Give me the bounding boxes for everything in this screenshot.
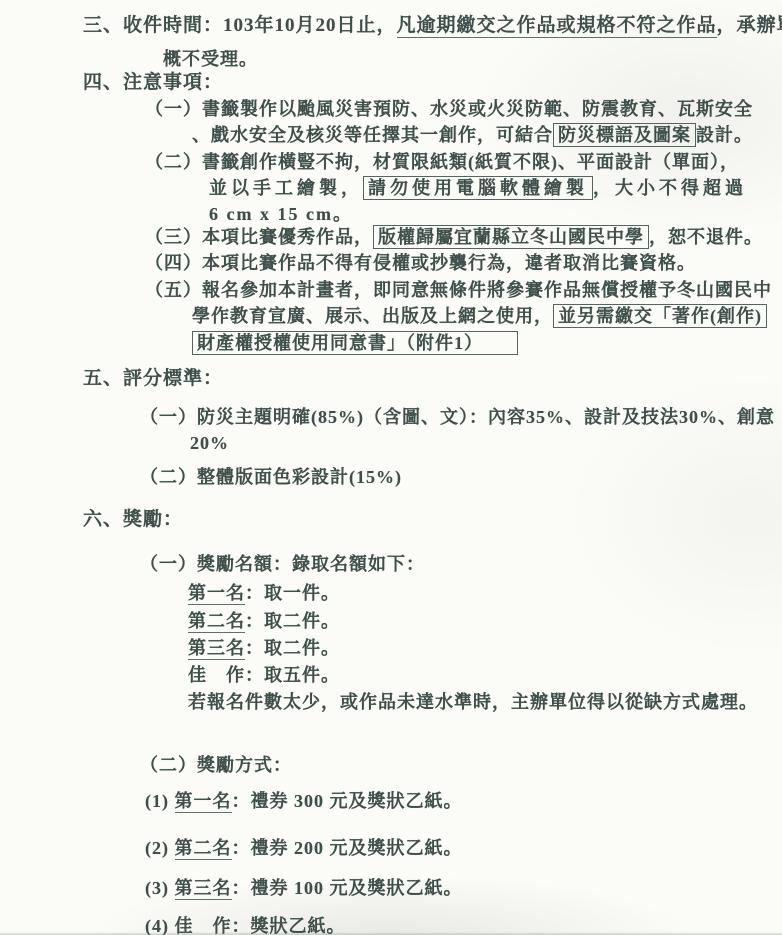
- note-5-line-3: 財產權授權使用同意書」（附件1）: [192, 330, 518, 356]
- text-segment: ：取二件。: [245, 638, 340, 658]
- award-method-2: (2) 第二名：禮券 200 元及獎狀乙紙。: [145, 835, 463, 861]
- note-5-line-1: （五）報名參加本計畫者，即同意無條件將參賽作品無償授權予冬山國民中: [145, 277, 772, 303]
- text-segment: （五）報名參加本計畫者，即同意無條件將參賽作品無償授權予冬山國民中: [145, 280, 772, 300]
- text-segment: (1): [145, 791, 175, 811]
- text-segment: （三）本項比賽優秀作品，: [145, 227, 373, 247]
- note-1-line-1: （一）書籤製作以颱風災害預防、水災或火災防範、防震教育、瓦斯安全: [145, 96, 753, 122]
- note-2-line-2: 並以手工繪製，請勿使用電腦軟體繪製，大小不得超過: [209, 175, 747, 201]
- underlined-text: 第一名: [188, 583, 245, 605]
- text-segment: ：禮券 200 元及獎狀乙紙。: [232, 838, 463, 858]
- text-segment: ：禮券 100 元及獎狀乙紙。: [232, 878, 463, 898]
- text-segment: （二）整體版面色彩設計(15%): [140, 467, 402, 487]
- score-1-line-2: 20%: [190, 430, 229, 456]
- text-segment: （二）獎勵方式：: [140, 755, 292, 775]
- text-segment: 四、注意事項：: [83, 72, 223, 93]
- text-segment: 6 cm x 15 cm。: [209, 204, 353, 224]
- text-segment: (4) 佳 作：獎狀乙紙。: [145, 916, 346, 935]
- text-segment: （四）本項比賽作品不得有侵權或抄襲行為，違者取消比賽資格。: [145, 253, 696, 273]
- section-5-heading: 五、評分標準：: [83, 366, 223, 392]
- text-segment: （一）書籤製作以颱風災害預防、水災或火災防範、防震教育、瓦斯安全: [145, 99, 753, 119]
- award-method-3: (3) 第三名：禮券 100 元及獎狀乙紙。: [145, 875, 463, 901]
- note-2-line-1: （二）書籤創作橫豎不拘，材質限紙類(紙質不限)、平面設計（單面），: [145, 149, 739, 175]
- text-segment: （二）書籤創作橫豎不拘，材質限紙類(紙質不限)、平面設計（單面），: [145, 152, 739, 172]
- score-1-line-1: （一）防災主題明確(85%)（含圖、文）：內容35%、設計及技法30%、創意: [140, 404, 775, 430]
- text-segment: ：禮券 300 元及獎狀乙紙。: [232, 791, 463, 811]
- section-4-heading: 四、注意事項：: [83, 70, 223, 96]
- text-segment: 20%: [190, 433, 229, 453]
- boxed-text: 請勿使用電腦軟體繪製: [363, 176, 593, 200]
- award-method-1: (1) 第一名：禮券 300 元及獎狀乙紙。: [145, 788, 463, 814]
- note-5-line-2: 學作教育宣廣、展示、出版及上網之使用，並另需繳交「著作(創作): [192, 303, 767, 329]
- text-segment: 、戲水安全及核災等任擇其一創作，可結合: [192, 125, 553, 145]
- award-method-4: (4) 佳 作：獎狀乙紙。: [145, 913, 346, 935]
- underlined-text: 第三名: [188, 638, 245, 660]
- text-segment: 並以手工繪製，: [209, 178, 363, 198]
- document-page: 三、收件時間：103年10月20日止，凡逾期繳交之作品或規格不符之作品，承辦單位…: [0, 0, 782, 935]
- underlined-text: 第三名: [175, 878, 232, 900]
- underlined-text: 第一名: [175, 791, 232, 813]
- text-segment: 設計。: [696, 125, 753, 145]
- text-segment: ，承辦單位: [717, 15, 782, 36]
- boxed-text: 並另需繳交「著作(創作): [553, 304, 767, 328]
- text-segment: 五、評分標準：: [83, 368, 223, 389]
- text-segment: ：取二件。: [245, 611, 340, 631]
- text-segment: 學作教育宣廣、展示、出版及上網之使用，: [192, 306, 553, 326]
- text-segment: （一）防災主題明確(85%)（含圖、文）：內容35%、設計及技法30%、創意: [140, 407, 775, 427]
- boxed-text: 版權歸屬宜蘭縣立冬山國民中學: [373, 225, 649, 249]
- text-segment: ，恕不退件。: [649, 227, 763, 247]
- award-quota-heading: （一）獎勵名額：錄取名額如下：: [140, 551, 425, 577]
- boxed-text: 防災標語及圖案: [553, 123, 696, 147]
- award-quota-third: 第三名：取二件。: [188, 635, 340, 661]
- note-3: （三）本項比賽優秀作品，版權歸屬宜蘭縣立冬山國民中學，恕不退件。: [145, 224, 763, 250]
- boxed-text: 財產權授權使用同意書」（附件1）: [192, 331, 518, 355]
- text-segment: （一）獎勵名額：錄取名額如下：: [140, 554, 425, 574]
- text-segment: 三、收件時間：103年10月20日止，: [83, 15, 397, 36]
- note-1-line-2: 、戲水安全及核災等任擇其一創作，可結合防災標語及圖案設計。: [192, 122, 753, 148]
- text-segment: ：取一件。: [245, 583, 340, 603]
- section-3-line-2: 概不受理。: [163, 46, 258, 72]
- award-quota-honorable: 佳 作：取五件。: [188, 662, 340, 688]
- award-quota-first: 第一名：取一件。: [188, 580, 340, 606]
- award-quota-second: 第二名：取二件。: [188, 608, 340, 634]
- award-quota-note: 若報名件數太少，或作品未達水準時，主辦單位得以從缺方式處理。: [188, 689, 758, 715]
- underlined-text: 第二名: [188, 611, 245, 633]
- text-segment: 佳 作：取五件。: [188, 665, 340, 685]
- score-2: （二）整體版面色彩設計(15%): [140, 464, 402, 490]
- text-segment: 六、獎勵：: [83, 509, 183, 530]
- text-segment: (3): [145, 878, 175, 898]
- text-segment: (2): [145, 838, 175, 858]
- underlined-text: 第二名: [175, 838, 232, 860]
- text-segment: 若報名件數太少，或作品未達水準時，主辦單位得以從缺方式處理。: [188, 692, 758, 712]
- section-3-heading: 三、收件時間：103年10月20日止，凡逾期繳交之作品或規格不符之作品，承辦單位: [83, 13, 782, 39]
- award-method-heading: （二）獎勵方式：: [140, 752, 292, 778]
- text-segment: ，大小不得超過: [593, 178, 747, 198]
- note-4: （四）本項比賽作品不得有侵權或抄襲行為，違者取消比賽資格。: [145, 250, 696, 276]
- section-6-heading: 六、獎勵：: [83, 507, 183, 533]
- text-segment: 概不受理。: [163, 49, 258, 69]
- underlined-text: 凡逾期繳交之作品或規格不符之作品: [397, 15, 717, 38]
